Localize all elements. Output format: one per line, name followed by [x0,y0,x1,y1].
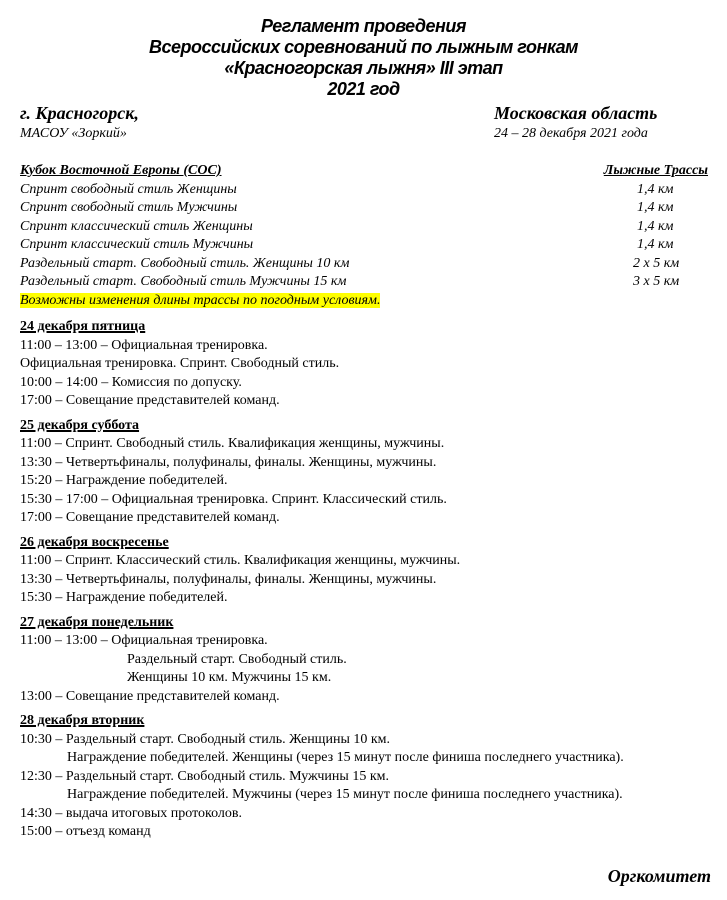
day-heading: 27 декабря понедельник [20,615,173,630]
schedule-line: Раздельный старт. Свободный стиль. [20,651,720,670]
venue: МАСОУ «Зоркий» [20,126,127,142]
schedule-line: Официальная тренировка. Спринт. Свободны… [20,355,720,374]
schedule-line: 15:20 – Награждение победителей. [20,472,720,491]
schedule-line: 10:00 – 14:00 – Комиссия по допуску. [20,374,720,393]
cup-event: Спринт классический стиль Женщины [20,219,253,234]
cup-rows: Спринт свободный стиль Женщины1,4 кмСпри… [20,181,710,292]
schedule-line: 15:30 – 17:00 – Официальная тренировка. … [20,491,720,510]
cup-track: 2 х 5 км [633,255,679,274]
cup-track: 3 х 5 км [633,273,679,292]
schedule-line: 15:30 – Награждение победителей. [20,589,720,608]
cup-event: Спринт свободный стиль Мужчины [20,200,237,215]
cup-event: Раздельный старт. Свободный стиль. Женщи… [20,256,349,271]
tracks-header: Лыжные Трассы [604,162,708,181]
cup-event: Спринт свободный стиль Женщины [20,182,237,197]
schedule-line: 11:00 – Спринт. Классический стиль. Квал… [20,552,720,571]
title-line: 2021 год [0,79,727,100]
event-dates: 24 – 28 декабря 2021 года [494,126,648,142]
cup-row: Спринт классический стиль Мужчины1,4 км [20,236,710,255]
schedule-line: 14:30 – выдача итоговых протоколов. [20,805,720,824]
city: г. Красногорск, [20,103,139,124]
schedule-line: 11:00 – Спринт. Свободный стиль. Квалифи… [20,435,720,454]
cup-title: Кубок Восточной Европы (СОС) [20,163,222,178]
schedule-line: 13:30 – Четвертьфиналы, полуфиналы, фина… [20,571,720,590]
title-line: Всероссийских соревнований по лыжным гон… [0,37,727,58]
schedule-line: Награждение победителей. Мужчины (через … [20,786,720,805]
day-heading: 24 декабря пятница [20,319,145,334]
schedule: 24 декабря пятница11:00 – 13:00 – Официа… [20,318,720,848]
cup-event: Раздельный старт. Свободный стиль Мужчин… [20,274,346,289]
day-block: 24 декабря пятница11:00 – 13:00 – Официа… [20,318,720,411]
title-line: Регламент проведения [0,16,727,37]
weather-note: Возможны изменения длины трассы по погод… [20,293,380,308]
schedule-line: 13:00 – Совещание представителей команд. [20,688,720,707]
schedule-line: 11:00 – 13:00 – Официальная тренировка. [20,632,720,651]
cup-row: Спринт классический стиль Женщины1,4 км [20,218,710,237]
cup-track: 1,4 км [637,236,673,255]
day-heading: 28 декабря вторник [20,713,144,728]
day-block: 27 декабря понедельник11:00 – 13:00 – Оф… [20,614,720,707]
schedule-line: 17:00 – Совещание представителей команд. [20,392,720,411]
cup-row: Спринт свободный стиль Мужчины1,4 км [20,199,710,218]
cup-row: Раздельный старт. Свободный стиль. Женщи… [20,255,710,274]
cup-row: Спринт свободный стиль Женщины1,4 км [20,181,710,200]
cup-event: Спринт классический стиль Мужчины [20,237,253,252]
signature: Оргкомитет [608,866,711,887]
day-block: 28 декабря вторник10:30 – Раздельный ста… [20,712,720,842]
cup-track: 1,4 км [637,181,673,200]
region: Московская область [494,103,657,124]
title-line: «Красногорская лыжня» III этап [0,58,727,79]
cup-section: Кубок Восточной Европы (СОС) Лыжные Трас… [20,162,710,310]
day-block: 26 декабря воскресенье11:00 – Спринт. Кл… [20,534,720,608]
schedule-line: 17:00 – Совещание представителей команд. [20,509,720,528]
schedule-line: 13:30 – Четвертьфиналы, полуфиналы, фина… [20,454,720,473]
schedule-line: 11:00 – 13:00 – Официальная тренировка. [20,337,720,356]
cup-row: Раздельный старт. Свободный стиль Мужчин… [20,273,710,292]
cup-track: 1,4 км [637,218,673,237]
schedule-line: 12:30 – Раздельный старт. Свободный стил… [20,768,720,787]
day-heading: 25 декабря суббота [20,418,139,433]
day-block: 25 декабря суббота11:00 – Спринт. Свобод… [20,417,720,528]
schedule-line: 15:00 – отъезд команд [20,823,720,842]
day-heading: 26 декабря воскресенье [20,535,169,550]
cup-track: 1,4 км [637,199,673,218]
schedule-line: 10:30 – Раздельный старт. Свободный стил… [20,731,720,750]
schedule-line: Награждение победителей. Женщины (через … [20,749,720,768]
schedule-line: Женщины 10 км. Мужчины 15 км. [20,669,720,688]
